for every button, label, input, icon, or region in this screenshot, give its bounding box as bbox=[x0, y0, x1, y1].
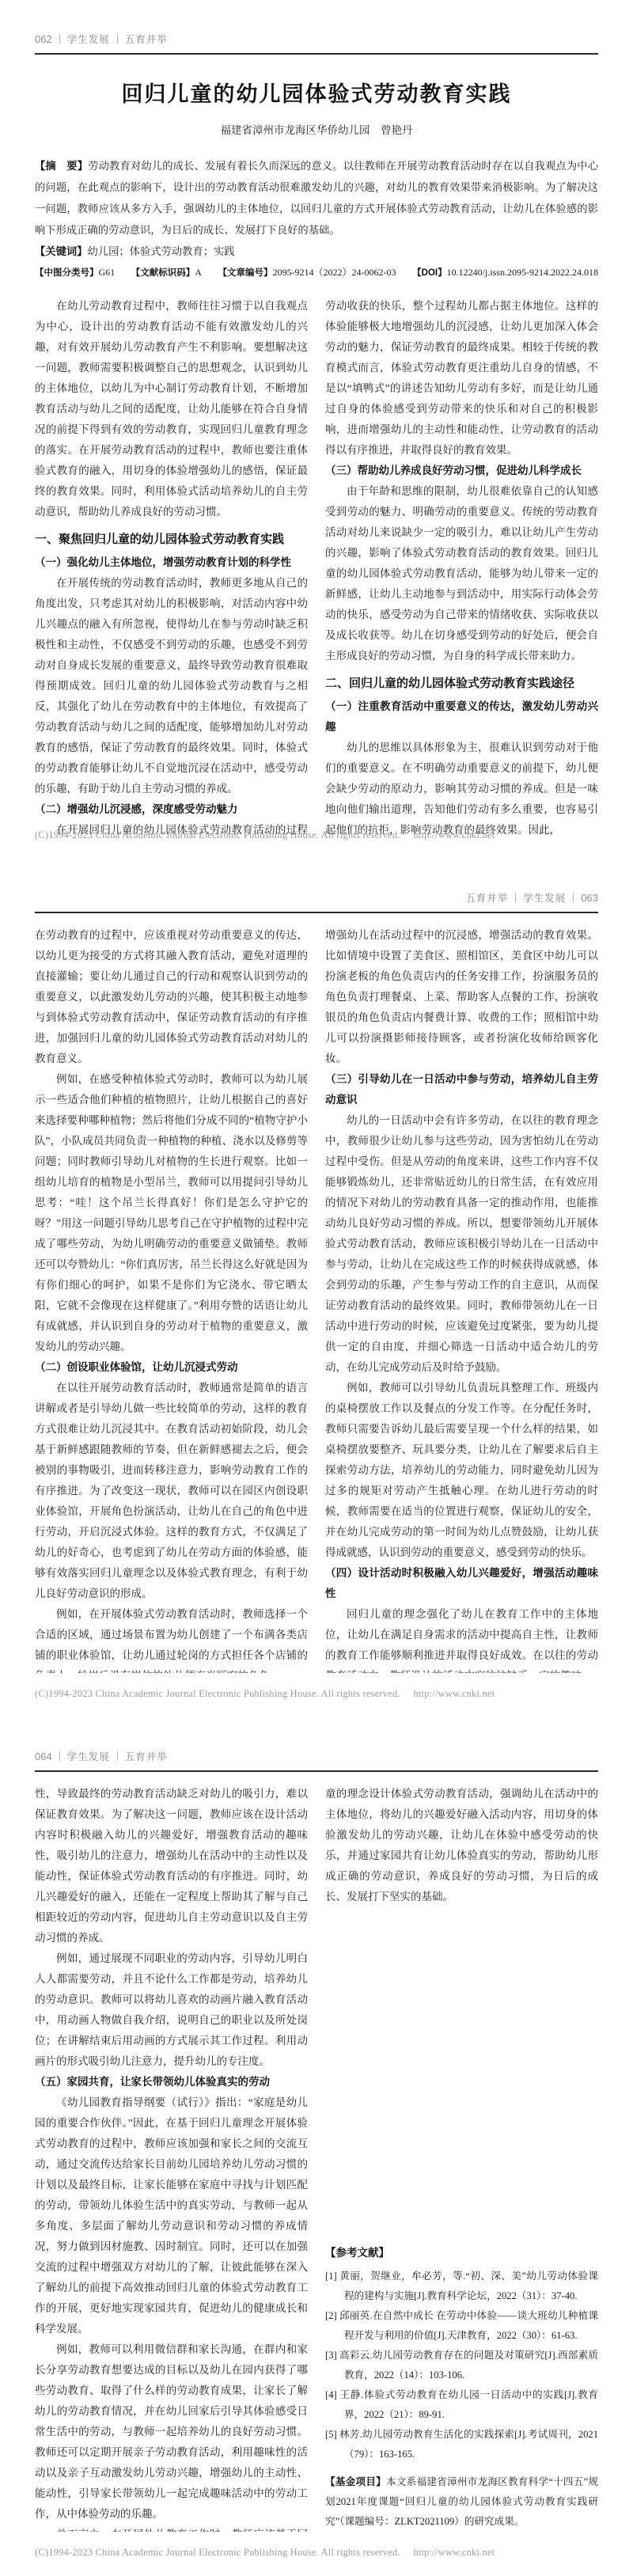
keywords: 【关键词】幼儿园；体验式劳动教育；实践 bbox=[35, 241, 598, 262]
page1-right-column: 劳动收获的快乐，整个过程幼儿都占据主体地位。这样的体验能够极大地增强幼儿的沉浸感… bbox=[325, 296, 598, 844]
section-heading-2: 二、回归儿童的幼儿园体验式劳动教育实践途径 bbox=[325, 673, 598, 694]
page-2: 五育并举 学生发展 063 在劳动教育的过程中，应该重视对劳动重要意义的传达，以… bbox=[0, 859, 633, 1717]
document-code: 【文献标识码】A bbox=[131, 262, 202, 284]
abstract-text: 劳动教育对幼儿的成长、发展有着长久而深远的意义。以往教师在开展劳动教育活动时存在… bbox=[35, 160, 598, 236]
paragraph: 在以往开展劳动教育活动时，教师通常是简单的语言讲解或者是引导幼儿做一些比较简单的… bbox=[35, 1378, 308, 1604]
example-paragraph: 例如，在开展体验式劳动教育活动时，教师选择一个合适的区域，通过场景布置为幼儿创建… bbox=[35, 1604, 308, 1673]
page2-left-column: 在劳动教育的过程中，应该重视对劳动重要意义的传达，以幼儿更为接受的方式将其融入教… bbox=[35, 925, 308, 1673]
two-column-body: 性，导致最终的劳动教育活动缺乏对幼儿的吸引力，难以保证教育效果。为了解决这一问题… bbox=[35, 1784, 598, 2532]
subsection-heading-2-5: （五）家园共育，让家长带领幼儿体验真实的劳动 bbox=[35, 2072, 308, 2092]
page-1: 062 学生发展 五育并举 回归儿童的幼儿园体验式劳动教育实践 福建省漳州市龙海… bbox=[0, 0, 633, 859]
paragraph: 幼儿的一日活动中会有许多劳动，在以往的教育理念中，教师很少让幼儿参与这些劳动，因… bbox=[325, 1110, 598, 1378]
header-section-secondary: 五育并举 bbox=[125, 1749, 168, 1763]
header-section-secondary: 五育并举 bbox=[465, 890, 508, 905]
doi: 【DOI】10.12240/j.issn.2095-9214.2022.24.0… bbox=[412, 262, 598, 284]
page3-right-column: 童的理念设计体验式劳动教育活动，强调幼儿在活动中的主体地位，将幼儿的兴趣爱好融入… bbox=[325, 1784, 598, 2532]
fund-project-note: 【基金项目】本文系福建省漳州市龙海区教育科学“十四五”规划2021年度课题“回归… bbox=[325, 2472, 598, 2532]
copyright-line: (C)1994-2023 China Academic Journal Elec… bbox=[35, 829, 598, 841]
header-section-primary: 学生发展 bbox=[67, 1749, 110, 1763]
running-header: 五育并举 学生发展 063 bbox=[35, 859, 598, 905]
header-divider bbox=[59, 34, 60, 44]
page-number: 064 bbox=[35, 1751, 52, 1762]
running-header: 064 学生发展 五育并举 bbox=[35, 1717, 598, 1763]
page1-left-column: 在幼儿劳动教育过程中，教师往往习惯于以自我观点为中心，设计出的劳动教育活动不能有… bbox=[35, 296, 308, 844]
header-divider bbox=[117, 34, 118, 44]
paragraph-continuation: 劳动收获的快乐，整个过程幼儿都占据主体地位。这样的体验能够极大地增强幼儿的沉浸感… bbox=[325, 296, 598, 461]
conclusion-paragraph-continuation: 童的理念设计体验式劳动教育活动，强调幼儿在活动中的主体地位，将幼儿的兴趣爱好融入… bbox=[325, 1784, 598, 1907]
header-divider bbox=[573, 893, 574, 902]
copyright-line: (C)1994-2023 China Academic Journal Elec… bbox=[35, 2547, 598, 2559]
two-column-body: 在幼儿劳动教育过程中，教师往往习惯于以自我观点为中心，设计出的劳动教育活动不能有… bbox=[35, 296, 598, 844]
author-byline: 福建省漳州市龙海区华侨幼儿园 曾艳丹 bbox=[35, 121, 598, 137]
example-paragraph: 例如，通过展现不同职业的劳动内容，引导幼儿明白人人都需要劳动，并且不论什么工作都… bbox=[35, 1948, 308, 2072]
paragraph: 由于年龄和思维的限制，幼儿很难依靠自己的认知感受到劳动的魅力、明确劳动的重要意义… bbox=[325, 481, 598, 666]
paragraph: 回归儿童的理念强化了幼儿在教育工作中的主体地位，让幼儿在满足自身需求的活动中提高… bbox=[325, 1604, 598, 1673]
page-number: 062 bbox=[35, 33, 52, 45]
header-section-secondary: 五育并举 bbox=[125, 32, 168, 46]
example-paragraph: 例如，教师可以引导幼儿负责玩具整理工作、班级内的桌椅摆放工作以及餐点的分发工作等… bbox=[325, 1378, 598, 1563]
reference-item: [5] 林芳.幼儿园劳动教育生活化的实践探索[J].考试周刊，2021（79）：… bbox=[325, 2425, 598, 2464]
section-heading-1: 一、聚焦回归儿童的幼儿园体验式劳动教育实践 bbox=[35, 529, 308, 550]
header-divider bbox=[59, 1751, 60, 1761]
abstract: 【摘 要】劳动教育对幼儿的成长、发展有着长久而深远的意义。以往教师在开展劳动教育… bbox=[35, 155, 598, 241]
keywords-text: 幼儿园；体验式劳动教育；实践 bbox=[87, 245, 234, 257]
column-whitespace bbox=[325, 1907, 598, 2243]
paragraph-continuation: 性，导致最终的劳动教育活动缺乏对幼儿的吸引力，难以保证教育效果。为了解决这一问题… bbox=[35, 1784, 308, 1948]
page2-right-column: 增强幼儿在活动过程中的沉浸感，增强活动的教育效果。比如情境中设置了美食区、照相馆… bbox=[325, 925, 598, 1673]
reference-item: [4] 王静.体验式劳动教育在幼儿园一日活动中的实践[J].教育界，2022（2… bbox=[325, 2385, 598, 2425]
running-header: 062 学生发展 五育并举 bbox=[35, 0, 598, 46]
subsection-heading-2-1: （一）注重教育活动中重要意义的传达，激发幼儿劳动兴趣 bbox=[325, 696, 598, 738]
header-section-primary: 学生发展 bbox=[523, 890, 566, 905]
intro-paragraph: 在幼儿劳动教育过程中，教师往往习惯于以自我观点为中心，设计出的劳动教育活动不能有… bbox=[35, 296, 308, 522]
copyright-line: (C)1994-2023 China Academic Journal Elec… bbox=[35, 1688, 598, 1700]
fund-label: 【基金项目】 bbox=[325, 2476, 386, 2487]
paragraph: 《幼儿园教育指导纲要（试行）》指出：“家庭是幼儿园的重要合作伙伴。”因此，在基于… bbox=[35, 2092, 308, 2339]
abstract-label: 【摘 要】 bbox=[35, 160, 88, 172]
subsection-heading-1-3: （三）帮助幼儿养成良好劳动习惯，促进幼儿科学成长 bbox=[325, 461, 598, 481]
paragraph: 幼儿的思维以具体形象为主，很难认识到劳动对于他们的重要意义。在不明确劳动重要意义… bbox=[325, 738, 598, 840]
conclusion-paragraph-start: 总而言之，在开展幼儿教育工作时，教师应该基于回归儿 bbox=[35, 2525, 308, 2532]
references-label: 【参考文献】 bbox=[325, 2243, 598, 2263]
reference-item: [1] 黄丽，贺继业，牟必芳，等.“初、深、美”幼儿劳动体验课程的建构与实施[J… bbox=[325, 2267, 598, 2306]
header-section-primary: 学生发展 bbox=[67, 32, 110, 46]
article-title: 回归儿童的幼儿园体验式劳动教育实践 bbox=[35, 77, 598, 108]
page3-left-column: 性，导致最终的劳动教育活动缺乏对幼儿的吸引力，难以保证教育效果。为了解决这一问题… bbox=[35, 1784, 308, 2532]
page-number: 063 bbox=[581, 892, 598, 904]
example-paragraph: 例如，在感受种植体验式劳动时，教师可以为幼儿展示一些适合他们种植的植物照片，让幼… bbox=[35, 1069, 308, 1357]
page-3: 064 学生发展 五育并举 性，导致最终的劳动教育活动缺乏对幼儿的吸引力，难以保… bbox=[0, 1717, 633, 2576]
reference-item: [2] 邱丽英.在自然中成长 在劳动中体验——谈大班幼儿种植课程开发与利用的价值… bbox=[325, 2306, 598, 2346]
paragraph: 在开展传统的劳动教育活动时，教师更多地从自己的角度出发，只考虑其对幼儿的积极影响… bbox=[35, 573, 308, 799]
keywords-label: 【关键词】 bbox=[35, 245, 87, 257]
header-rule bbox=[35, 912, 598, 913]
subsection-heading-1-2: （二）增强幼儿沉浸感，深度感受劳动魅力 bbox=[35, 799, 308, 820]
header-divider bbox=[117, 1751, 118, 1761]
subsection-heading-2-4: （四）设计活动时积极融入幼儿兴趣爱好，增强活动趣味性 bbox=[325, 1563, 598, 1604]
two-column-body: 在劳动教育的过程中，应该重视对劳动重要意义的传达，以幼儿更为接受的方式将其融入教… bbox=[35, 925, 598, 1673]
header-rule bbox=[35, 53, 598, 55]
references-section: 【参考文献】 [1] 黄丽，贺继业，牟必芳，等.“初、深、美”幼儿劳动体验课程的… bbox=[325, 2243, 598, 2464]
header-rule bbox=[35, 1770, 598, 1772]
article-number: 【文章编号】2095-9214（2022）24-0062-03 bbox=[218, 262, 396, 284]
reference-item: [3] 高彩云.幼儿园劳动教育存在的问题及对策研究[J].西部素质教育，2022… bbox=[325, 2346, 598, 2385]
clc-number: 【中图分类号】G61 bbox=[35, 262, 115, 284]
subsection-heading-1-1: （一）强化幼儿主体地位，增强劳动教育计划的科学性 bbox=[35, 552, 308, 573]
header-divider bbox=[515, 893, 516, 902]
paragraph-continuation: 在劳动教育的过程中，应该重视对劳动重要意义的传达，以幼儿更为接受的方式将其融入教… bbox=[35, 925, 308, 1069]
subsection-heading-2-2: （二）创设职业体验馆，让幼儿沉浸式劳动 bbox=[35, 1357, 308, 1378]
paragraph-continuation: 增强幼儿在活动过程中的沉浸感，增强活动的教育效果。比如情境中设置了美食区、照相馆… bbox=[325, 925, 598, 1069]
article-meta: 【中图分类号】G61 【文献标识码】A 【文章编号】2095-9214（2022… bbox=[35, 262, 598, 284]
subsection-heading-2-3: （三）引导幼儿在一日活动中参与劳动，培养幼儿自主劳动意识 bbox=[325, 1069, 598, 1110]
example-paragraph: 例如，教师可以利用微信群和家长沟通，在群内和家长分享劳动教育想要达成的目标以及幼… bbox=[35, 2339, 308, 2525]
